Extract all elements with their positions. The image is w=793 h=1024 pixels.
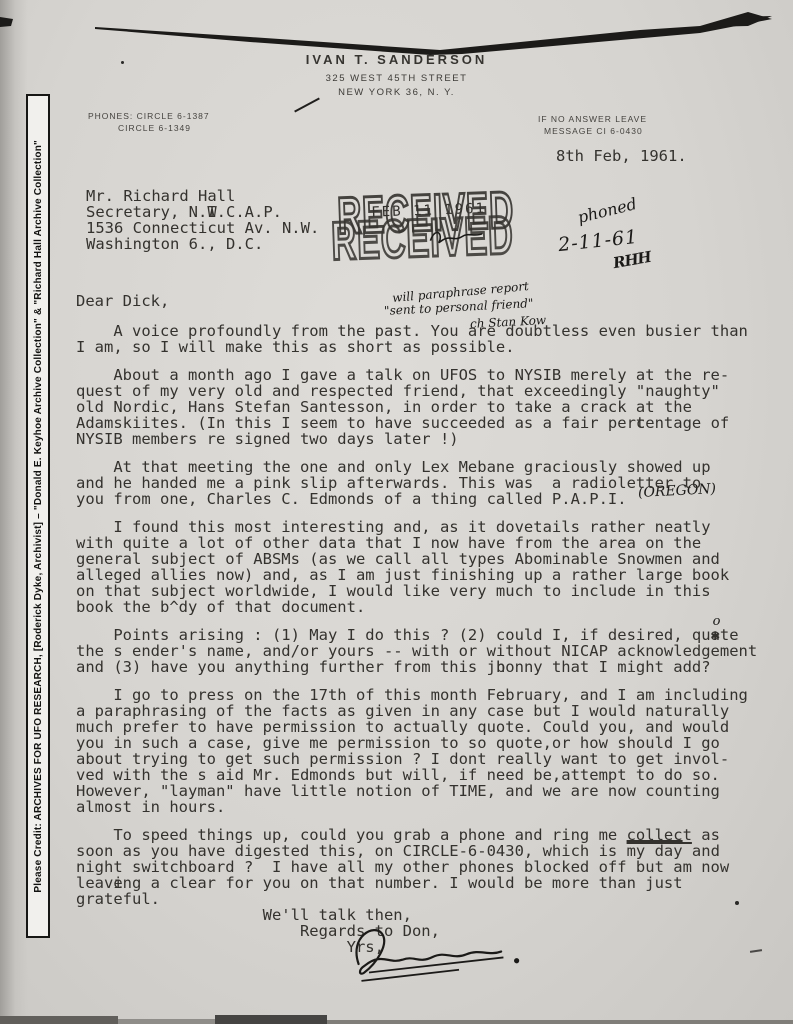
text-line: you in such a case, give me permission t… bbox=[76, 735, 790, 751]
salutation-line: Dear Dick, bbox=[76, 293, 790, 309]
text-segment: a bbox=[711, 627, 720, 643]
text-line: leaving a clear for you on that number. … bbox=[76, 875, 790, 891]
text-line: Adamskiites. (In this I seem to have suc… bbox=[76, 415, 790, 431]
text-segment: i bbox=[113, 875, 122, 891]
text-segment: dy of that document. bbox=[179, 598, 366, 616]
text-line: ved with the s aid Mr. Edmonds but will,… bbox=[76, 767, 790, 783]
text-segment: NYSIB members re signed two days later !… bbox=[76, 430, 459, 448]
text-segment: Washington 6., D.C. bbox=[86, 235, 263, 253]
text-line: 1536 Connecticut Av. N.W. bbox=[86, 220, 319, 236]
text-segment: onny that I might add? bbox=[505, 658, 710, 676]
text-line: Mr. Richard Hall bbox=[86, 188, 319, 204]
body-paragraph: I go to press on the 17th of this month … bbox=[76, 687, 790, 815]
letter-date: 8th Feb, 1961. bbox=[556, 148, 687, 164]
letterhead-answer-2: MESSAGE CI 6-0430 bbox=[538, 125, 647, 137]
text-segment: almost in hours. bbox=[76, 798, 225, 816]
text-line: book the b dy of that document. bbox=[76, 599, 790, 615]
text-line: Washington 6., D.C. bbox=[86, 236, 319, 252]
text-line: and (3) have you anything further from t… bbox=[76, 659, 790, 675]
text-line: and he handed me a pink slip afterwards.… bbox=[76, 475, 790, 491]
text-line: with quite a lot of other data that I no… bbox=[76, 535, 790, 551]
salutation: Dear Dick, bbox=[76, 293, 790, 309]
text-line: alleged allies now) and, as I am just fi… bbox=[76, 567, 790, 583]
text-line: I go to press on the 17th of this month … bbox=[76, 687, 790, 703]
text-line: NYSIB members re signed two days later !… bbox=[76, 431, 790, 447]
archive-credit-bar: Please Credit: ARCHIVES FOR UFO RESEARCH… bbox=[26, 94, 50, 938]
letterhead-phone-2: CIRCLE 6-1349 bbox=[88, 122, 210, 134]
text-line: almost in hours. bbox=[76, 799, 790, 815]
text-line: However, "layman" have little notion of … bbox=[76, 783, 790, 799]
text-segment: c bbox=[636, 415, 645, 431]
text-segment: you from one, Charles C. Edmonds of a th… bbox=[76, 490, 627, 508]
letterhead-phones: PHONES: CIRCLE 6-1387 CIRCLE 6-1349 bbox=[88, 110, 210, 134]
text-segment bbox=[169, 599, 178, 615]
text-segment: and (3) have you anything further from t… bbox=[76, 658, 496, 676]
annotation-phoned: phoned bbox=[576, 194, 639, 227]
text-line: about trying to get such permission ? I … bbox=[76, 751, 790, 767]
letterhead-phone-1: PHONES: CIRCLE 6-1387 bbox=[88, 110, 210, 122]
text-line: To speed things up, could you grab a pho… bbox=[76, 827, 790, 843]
stamp-initials-squiggle bbox=[426, 221, 487, 249]
text-segment: entage of bbox=[645, 414, 729, 432]
text-segment: book the b bbox=[76, 598, 169, 616]
signature-ivan bbox=[328, 911, 541, 992]
text-line: you from one, Charles C. Edmonds of a th… bbox=[76, 491, 790, 507]
body-paragraph: At that meeting the one and only Lex Meb… bbox=[76, 459, 790, 507]
text-segment: I am, so I will make this as short as po… bbox=[76, 338, 515, 356]
scan-artifact-bottom bbox=[215, 1015, 327, 1024]
body-paragraph: Points arising : (1) May I do this ? (2)… bbox=[76, 627, 790, 675]
letterhead-answer-note: IF NO ANSWER LEAVE MESSAGE CI 6-0430 bbox=[538, 113, 647, 137]
text-line: the s ender's name, and/or yours -- with… bbox=[76, 643, 790, 659]
text-line: A voice profoundly from the past. You ar… bbox=[76, 323, 790, 339]
annotation-initials: RHH bbox=[612, 248, 652, 272]
text-line: much prefer to have permission to actual… bbox=[76, 719, 790, 735]
text-line: on that subject worldwide, I would like … bbox=[76, 583, 790, 599]
scan-edge-shading bbox=[0, 0, 28, 1024]
letterhead-answer-1: IF NO ANSWER LEAVE bbox=[538, 113, 647, 125]
text-segment: W bbox=[207, 204, 216, 220]
body-paragraph: I found this most interesting and, as it… bbox=[76, 519, 790, 615]
body-paragraph: A voice profoundly from the past. You ar… bbox=[76, 323, 790, 355]
letterhead-street: 325 WEST 45TH STREET bbox=[0, 73, 793, 84]
body-paragraph: About a month ago I gave a talk on UFOS … bbox=[76, 367, 790, 447]
text-line: Secretary, N.W.C.A.P. bbox=[86, 204, 319, 220]
scan-artifact-bottom bbox=[118, 1019, 215, 1024]
text-line: I found this most interesting and, as it… bbox=[76, 519, 790, 535]
text-line: general subject of ABSMs (as we call all… bbox=[76, 551, 790, 567]
text-line: I am, so I will make this as short as po… bbox=[76, 339, 790, 355]
archive-credit-text: Please Credit: ARCHIVES FOR UFO RESEARCH… bbox=[33, 140, 44, 893]
pen-slash-mark bbox=[294, 98, 320, 113]
recipient-address: Mr. Richard HallSecretary, N.W.C.A.P.153… bbox=[86, 188, 319, 252]
text-line: Points arising : (1) May I do this ? (2)… bbox=[76, 627, 790, 643]
text-line: At that meeting the one and only Lex Meb… bbox=[76, 459, 790, 475]
text-line: night switchboard ? I have all my other … bbox=[76, 859, 790, 875]
body-paragraph: To speed things up, could you grab a pho… bbox=[76, 827, 790, 907]
letterhead-name: IVAN T. SANDERSON bbox=[0, 52, 793, 67]
text-line: a paraphrasing of the facts as given in … bbox=[76, 703, 790, 719]
body-paragraphs: A voice profoundly from the past. You ar… bbox=[76, 323, 790, 907]
letter-body: Dear Dick, A voice profoundly from the p… bbox=[76, 293, 790, 955]
text-segment: ng a clear for you on that number. I wou… bbox=[123, 874, 683, 892]
text-line: quest of my very old and respected frien… bbox=[76, 383, 790, 399]
text-segment: h bbox=[496, 659, 505, 675]
scan-artifact-bottom bbox=[327, 1020, 793, 1024]
letterhead-city: NEW YORK 36, N. Y. bbox=[0, 87, 793, 98]
received-stamp: RECEIVED RECEIVED FEB 11 1961 bbox=[336, 178, 559, 281]
scan-artifact-bottom bbox=[0, 1016, 118, 1024]
text-line: old Nordic, Hans Stefan Santesson, in or… bbox=[76, 399, 790, 415]
text-line: grateful. bbox=[76, 891, 790, 907]
scanned-letter-page: Please Credit: ARCHIVES FOR UFO RESEARCH… bbox=[0, 0, 793, 1024]
text-line: About a month ago I gave a talk on UFOS … bbox=[76, 367, 790, 383]
text-line: soon as you have digested this, on CIRCL… bbox=[76, 843, 790, 859]
